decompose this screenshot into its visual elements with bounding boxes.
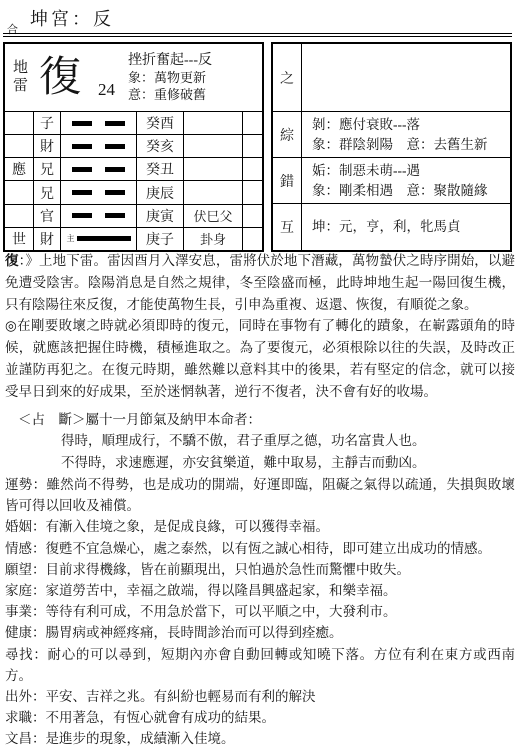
hu-content: 坤：元，亨，利，牝馬貞 (301, 203, 510, 250)
item-study: 文昌：是進步的現象，成績漸入佳境。 (5, 728, 515, 749)
stem-branch-cell: 癸亥 (136, 134, 183, 157)
header-divider (3, 33, 512, 37)
blank-cell (242, 111, 262, 134)
motto-line: 挫折奮起---反 (128, 52, 212, 69)
divination-timely: 得時，順理成行，不驕不傲，君子重厚之德，功名富貴人也。 (5, 430, 515, 452)
blank-cell (242, 180, 262, 203)
relation-cell: 財 (33, 227, 60, 250)
yang-bar (77, 236, 131, 241)
zong-content: 剝：應付衰敗---落 象：群陰剝陽 意：去舊生新 (301, 111, 510, 157)
zhi-content (301, 44, 510, 111)
stem-branch-cell: 癸酉 (136, 111, 183, 134)
relation-cell: 官 (33, 204, 60, 227)
hu-label: 互 (273, 203, 301, 250)
note-cell (183, 180, 242, 203)
item-destiny: 運勢：雖然尚不得勢，也是成功的開端，好運即臨，阻礙之氣得以疏通，失損與敗壞皆可得… (5, 474, 515, 516)
item-marriage: 婚姻：有漸入佳境之象，是促成良緣，可以獲得幸福。 (5, 516, 515, 537)
yin-bar (105, 121, 125, 126)
paragraph-lead: 復 (5, 253, 19, 268)
stem-branch-cell: 庚辰 (136, 180, 183, 203)
image-line: 象：萬物更新 (128, 69, 212, 86)
fortune-list: 運勢：雖然尚不得勢，也是成功的開端，好運即臨，阻礙之氣得以疏通，失損與敗壞皆可得… (5, 474, 515, 750)
cuo-label: 錯 (273, 157, 301, 203)
note-cell: 伏巳父 (183, 204, 242, 227)
meaning-line: 意：重修破舊 (128, 86, 212, 103)
yin-bar (72, 213, 92, 218)
blank-cell (242, 134, 262, 157)
blank-cell (242, 157, 262, 180)
hexagram-line-broken (60, 134, 136, 157)
shiying-cell (5, 134, 33, 157)
item-family: 家庭：家道勞苦中，幸福之啟端，得以隆昌興盛起家，和樂幸福。 (5, 580, 515, 601)
hexagram-name: 復 (39, 57, 81, 99)
hexagram-header: 地雷 復 24 挫折奮起---反 象：萬物更新 意：重修破舊 (5, 44, 262, 111)
shiying-cell (5, 204, 33, 227)
line-marker: 主 (67, 233, 75, 244)
body-text: 復：》上地下雷。雷因酉月入澤安息，雷將伏於地下潛藏，萬物蟄伏之時序開始，以避免遭… (5, 250, 515, 750)
paragraph-summary-text: ：》上地下雷。雷因酉月入澤安息，雷將伏於地下潛藏，萬物蟄伏之時序開始，以避免遭受… (5, 253, 515, 312)
hexagram-trigram-name: 地雷 (13, 60, 30, 95)
divination-untimely: 不得時，求速應遲，亦安貧樂道，難中取易，主靜吉而動凶。 (5, 452, 515, 474)
palace-title: 坤宮：反 (30, 5, 114, 31)
note-cell: 卦身 (183, 227, 242, 250)
hexagram-line-broken (60, 180, 136, 203)
cuo-content: 姤：制惡未萌---遇 象：剛柔相遇 意：聚散隨緣 (301, 157, 510, 203)
blank-cell (242, 227, 262, 250)
cuo-line1: 姤：制惡未萌---遇 (312, 161, 506, 181)
hexagram-table: 地雷 復 24 挫折奮起---反 象：萬物更新 意：重修破舊 子 癸酉 財 癸亥… (3, 42, 264, 252)
relation-cell: 財 (33, 134, 60, 157)
hexagram-line-solid: 主 (60, 227, 136, 250)
blank-cell (242, 204, 262, 227)
relation-panel: 之 綜 剝：應付衰敗---落 象：群陰剝陽 意：去舊生新 錯 姤：制惡未萌---… (271, 42, 512, 252)
note-cell (183, 157, 242, 180)
shiying-cell: 世 (5, 227, 33, 250)
zong-line2: 象：群陰剝陽 意：去舊生新 (312, 135, 506, 155)
cuo-line2: 象：剛柔相遇 意：聚散隨緣 (312, 181, 506, 201)
note-cell (183, 111, 242, 134)
stem-branch-cell: 庚寅 (136, 204, 183, 227)
yin-bar (105, 213, 125, 218)
yin-bar (72, 144, 92, 149)
item-love: 情感：復甦不宜急燥心，處之泰然，以有恆之誠心相待，即可建立出成功的情感。 (5, 538, 515, 559)
stem-branch-cell: 癸丑 (136, 157, 183, 180)
relation-cell: 兄 (33, 180, 60, 203)
hexagram-line-broken (60, 157, 136, 180)
yin-bar (72, 167, 92, 172)
yin-bar (105, 190, 125, 195)
yin-bar (105, 144, 125, 149)
relation-cell: 兄 (33, 157, 60, 180)
divination-heading: ＜占 斷＞屬十一月節氣及納甲本命者： (5, 409, 515, 431)
hexagram-line-broken (60, 111, 136, 134)
zong-label: 綜 (273, 111, 301, 157)
yin-bar (72, 190, 92, 195)
divination-section: ＜占 斷＞屬十一月節氣及納甲本命者： 得時，順理成行，不驕不傲，君子重厚之德，功… (5, 409, 515, 474)
shiying-cell (5, 180, 33, 203)
yin-bar (105, 167, 125, 172)
item-health: 健康：腸胃病或神經疼痛，長時間診治而可以得到痊癒。 (5, 622, 515, 643)
hexagram-motto-block: 挫折奮起---反 象：萬物更新 意：重修破舊 (128, 52, 212, 103)
yin-bar (72, 121, 92, 126)
zhi-label: 之 (273, 44, 301, 111)
zong-line1: 剝：應付衰敗---落 (312, 115, 506, 135)
stem-branch-cell: 庚子 (136, 227, 183, 250)
note-cell (183, 134, 242, 157)
item-career: 事業：等待有利可成，不用急於當下，可以平順之中，大發利市。 (5, 601, 515, 622)
shiying-cell (5, 111, 33, 134)
item-job: 求職：不用著急，有恆心就會有成功的結果。 (5, 707, 515, 728)
page: 合 坤宮：反 地雷 復 24 挫折奮起---反 象：萬物更新 意：重修破舊 子 … (0, 0, 520, 751)
item-wish: 願望：目前求得機緣，皆在前顯現出，只怕過於急性而驚懼中敗失。 (5, 559, 515, 580)
paragraph-summary: 復：》上地下雷。雷因酉月入澤安息，雷將伏於地下潛藏，萬物蟄伏之時序開始，以避免遭… (5, 250, 515, 315)
hexagram-number: 24 (98, 80, 115, 100)
hexagram-line-broken (60, 204, 136, 227)
item-travel: 出外：平安、吉祥之兆。有糾紛也輕易而有利的解決 (5, 686, 515, 707)
relation-cell: 子 (33, 111, 60, 134)
shiying-cell: 應 (5, 157, 33, 180)
item-search: 尋找：耐心的可以尋到，短期內亦會自動回轉或知曉下落。方位有利在東方或西南方。 (5, 644, 515, 686)
paragraph-commentary: ◎在剛要敗壞之時就必須即時的復元，同時在事物有了轉化的蹟象，在嶄露頭角的時候，就… (5, 315, 515, 402)
